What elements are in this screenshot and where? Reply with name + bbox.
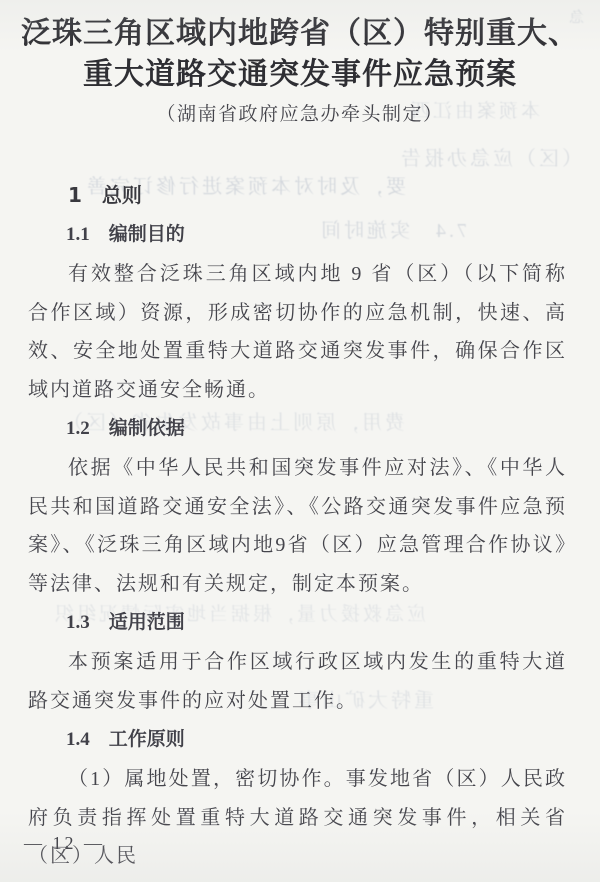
section-heading-general-provisions: 1 总则	[28, 175, 567, 215]
document-subtitle: （湖南省政府应急办牵头制定）	[0, 102, 600, 128]
document-title-line2: 重大道路交通突发事件应急预案	[0, 54, 600, 95]
document-body: 1 总则 1.1 编制目的 有效整合泛珠三角区域内地 9 省（区）（以下简称合作…	[28, 175, 567, 876]
subsection-heading-compilation-basis: 1.2 编制依据	[28, 409, 567, 449]
scanned-document-page: 急 本预案由江西 （区）应急办报告 要，及时对本预案进行修订完善 7.4 实施时…	[0, 0, 600, 882]
subsection-heading-compilation-purpose: 1.1 编制目的	[28, 215, 567, 255]
subsection-heading-working-principles: 1.4 工作原则	[28, 720, 567, 760]
paragraph-scope-of-application: 本预案适用于合作区域行政区域内发生的重特大道路交通突发事件的应对处置工作。	[28, 643, 567, 720]
page-number: — 12 —	[24, 833, 105, 854]
paragraph-compilation-purpose: 有效整合泛珠三角区域内地 9 省（区）（以下简称合作区域）资源，形成密切协作的应…	[28, 255, 567, 409]
bleed-through-text: （区）应急办报告	[398, 142, 582, 171]
paragraph-working-principle-1: （1）属地处置，密切协作。事发地省（区）人民政府负责指挥处置重特大道路交通突发事…	[28, 760, 567, 876]
paragraph-compilation-basis: 依据《中华人民共和国突发事件应对法》、《中华人民共和国道路交通安全法》、《公路交…	[28, 449, 567, 603]
document-title-line1: 泛珠三角区域内地跨省（区）特别重大、	[0, 13, 600, 54]
document-title: 泛珠三角区域内地跨省（区）特别重大、 重大道路交通突发事件应急预案	[0, 13, 600, 95]
subsection-heading-scope-of-application: 1.3 适用范围	[28, 603, 567, 643]
